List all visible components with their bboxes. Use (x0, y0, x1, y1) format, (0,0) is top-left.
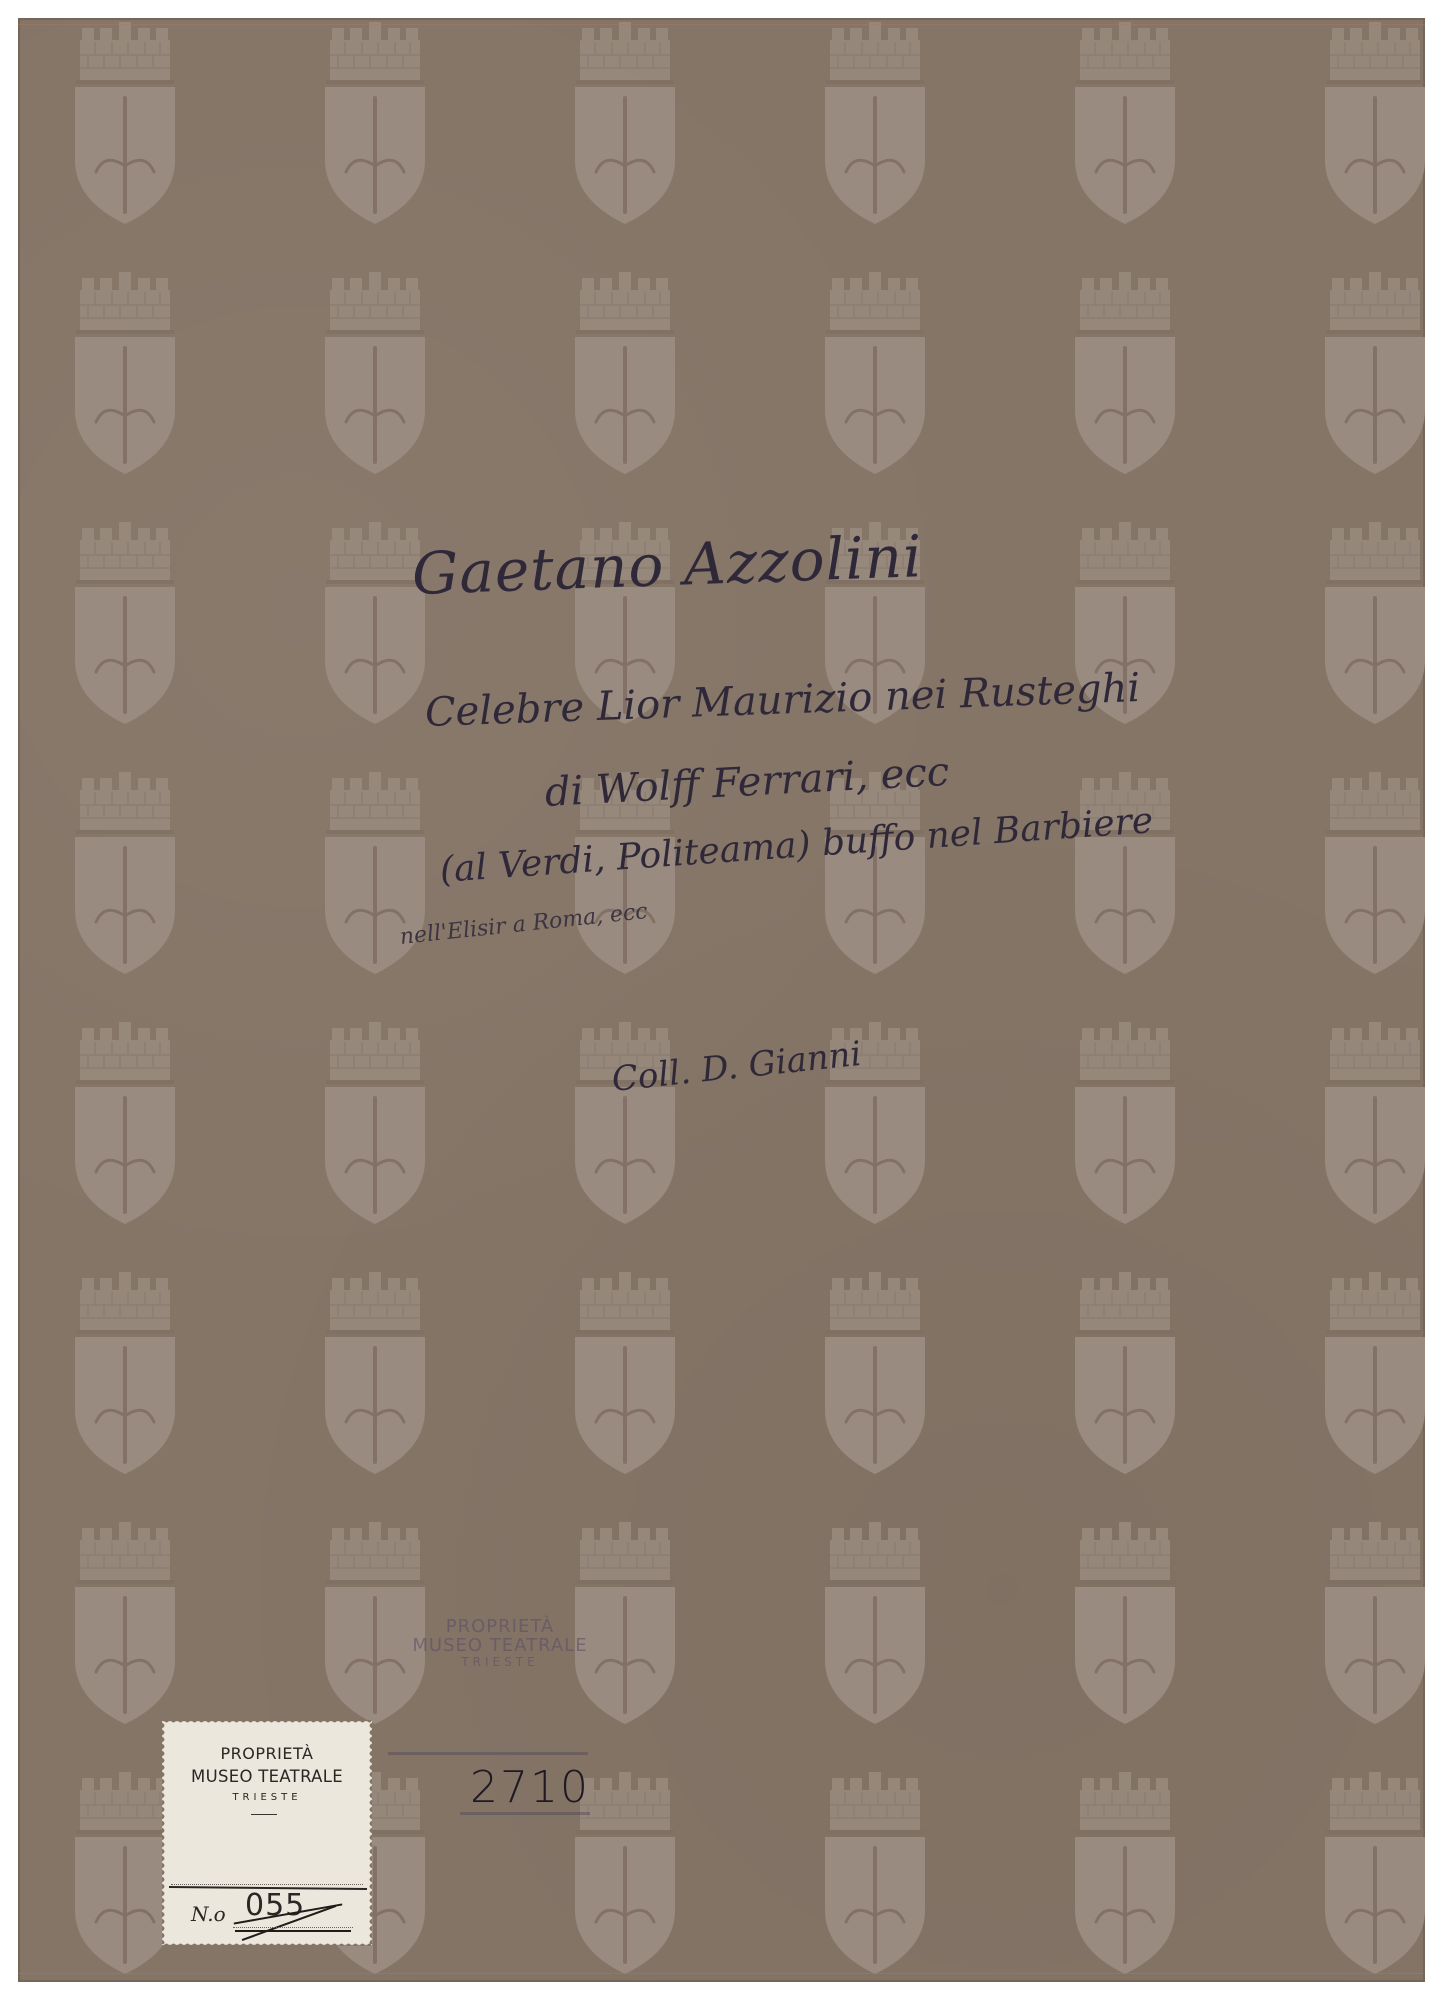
label-perforation-top (163, 1720, 371, 1724)
inventory-number: 2710 (470, 1762, 590, 1813)
label-line-3: TRIESTE (163, 1792, 371, 1803)
label-dotted-line (171, 1884, 363, 1885)
label-line-1: PROPRIETÀ (163, 1744, 371, 1763)
label-number-dotted-line (233, 1927, 353, 1928)
label-line-2: MUSEO TEATRALE (163, 1767, 371, 1786)
label-divider (251, 1814, 277, 1815)
museum-property-label: PROPRIETÀ MUSEO TEATRALE TRIESTE N.o 055 (163, 1722, 371, 1944)
folder-cover (18, 18, 1425, 1982)
label-perforation-bottom (163, 1942, 371, 1946)
coat-of-arms-watermark-pattern (18, 18, 1425, 1982)
faint-ink-stamp: PROPRIETÀ MUSEO TEATRALE TRIESTE (400, 1618, 600, 1668)
faint-stamp-line-3: TRIESTE (400, 1656, 600, 1669)
inventory-line-bottom (460, 1812, 590, 1815)
top-edge-line (18, 24, 1425, 25)
label-number-value: 055 (245, 1888, 305, 1923)
label-number-prefix: N.o (191, 1902, 226, 1926)
faint-stamp-line-2: MUSEO TEATRALE (400, 1637, 600, 1656)
bottom-edge-line (18, 1973, 1425, 1974)
inventory-line-top (388, 1752, 588, 1755)
label-number-underline (235, 1930, 351, 1932)
